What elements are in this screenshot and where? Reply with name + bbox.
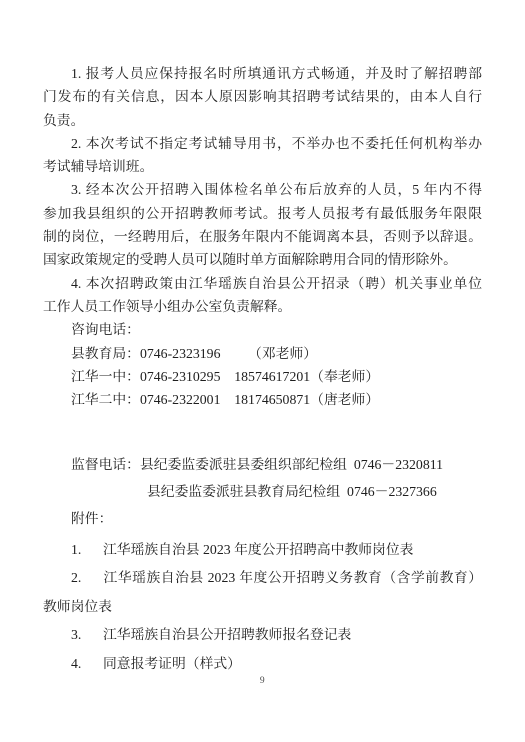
annex-item-number: 1. (71, 536, 103, 565)
annex-item-text: 同意报考证明（样式） (103, 656, 241, 671)
paragraph-line: 门发布的有关信息，因本人原因影响其招聘考试结果的，由本人自行 (43, 85, 482, 108)
paragraph-line: 3. 经本次公开招聘入围体检名单公布后放弃的人员，5 年内不得 (43, 178, 482, 201)
body-paragraph: 4. 本次招聘政策由江华瑶族自治县公开招录（聘）机关事业单位 工作人员工作领导小… (43, 272, 482, 319)
supervise-phone-line-1: 监督电话：县纪委监委派驻县委组织部纪检组 0746－2320811 (43, 451, 482, 478)
document-body: 1. 报考人员应保持报名时所填通讯方式畅通，并及时了解招聘部 门发布的有关信息，… (43, 0, 482, 678)
annex-item-number: 4. (71, 650, 103, 679)
body-paragraph: 1. 报考人员应保持报名时所填通讯方式畅通，并及时了解招聘部 门发布的有关信息，… (43, 62, 482, 132)
annex-item: 4.同意报考证明（样式） (43, 650, 482, 679)
phone-line: 江华一中：0746-2310295 18574617201（奉老师） (43, 365, 482, 388)
annex-item-number: 2. (71, 564, 103, 593)
paragraph-line: 2. 本次考试不指定考试辅导用书，不举办也不委托任何机构举办 (43, 132, 482, 155)
annex-item-text: 江华瑶族自治县 2023 年度公开招聘义务教育（含学前教育） (103, 570, 482, 585)
paragraph-line: 4. 本次招聘政策由江华瑶族自治县公开招录（聘）机关事业单位 (43, 272, 482, 295)
annex-label: 附件： (43, 505, 482, 534)
paragraph-line: 1. 报考人员应保持报名时所填通讯方式畅通，并及时了解招聘部 (43, 62, 482, 85)
body-paragraph: 3. 经本次公开招聘入围体检名单公布后放弃的人员，5 年内不得 参加我县组织的公… (43, 178, 482, 271)
body-paragraph: 2. 本次考试不指定考试辅导用书，不举办也不委托任何机构举办 考试辅导培训班。 (43, 132, 482, 179)
annex-item-text: 江华瑶族自治县公开招聘教师报名登记表 (103, 627, 351, 642)
paragraph-line: 负责。 (43, 109, 482, 132)
phone-line: 县教育局：0746-2323196 （邓老师） (43, 342, 482, 365)
supervise-phone-text: 县纪委监委派驻县委组织部纪检组 0746－2320811 (140, 457, 443, 472)
annex-item: 1.江华瑶族自治县 2023 年度公开招聘高中教师岗位表 (43, 536, 482, 565)
annex-item-continuation: 教师岗位表 (43, 593, 482, 622)
annex-section: 附件： 1.江华瑶族自治县 2023 年度公开招聘高中教师岗位表 2.江华瑶族自… (43, 505, 482, 678)
document-page: 1. 报考人员应保持报名时所填通讯方式畅通，并及时了解招聘部 门发布的有关信息，… (0, 0, 525, 742)
annex-item: 3.江华瑶族自治县公开招聘教师报名登记表 (43, 621, 482, 650)
annex-item-text: 江华瑶族自治县 2023 年度公开招聘高中教师岗位表 (103, 542, 413, 557)
paragraph-line: 工作人员工作领导小组办公室负责解释。 (43, 295, 482, 318)
phone-line: 江华二中：0746-2322001 18174650871（唐老师） (43, 388, 482, 411)
consult-phone-section: 咨询电话： 县教育局：0746-2323196 （邓老师） 江华一中：0746-… (43, 318, 482, 411)
annex-item: 2.江华瑶族自治县 2023 年度公开招聘义务教育（含学前教育） (43, 564, 482, 593)
paragraph-line: 制的岗位，一经聘用后，在服务年限内不能调离本县，否则予以辞退。 (43, 225, 482, 248)
annex-list: 1.江华瑶族自治县 2023 年度公开招聘高中教师岗位表 2.江华瑶族自治县 2… (43, 536, 482, 679)
page-number: 9 (0, 676, 525, 686)
paragraph-line: 考试辅导培训班。 (43, 155, 482, 178)
paragraph-line: 国家政策规定的受聘人员可以随时单方面解除聘用合同的情形除外。 (43, 248, 482, 271)
annex-item-number: 3. (71, 621, 103, 650)
consult-phone-label: 咨询电话： (43, 318, 482, 341)
paragraph-line: 参加我县组织的公开招聘教师考试。报考人员报考有最低服务年限限 (43, 202, 482, 225)
supervise-phone-line-2: 县纪委监委派驻县教育局纪检组 0746－2327366 (43, 478, 482, 505)
supervise-phone-section: 监督电话：县纪委监委派驻县委组织部纪检组 0746－2320811 县纪委监委派… (43, 451, 482, 505)
supervise-phone-label: 监督电话： (71, 457, 140, 472)
